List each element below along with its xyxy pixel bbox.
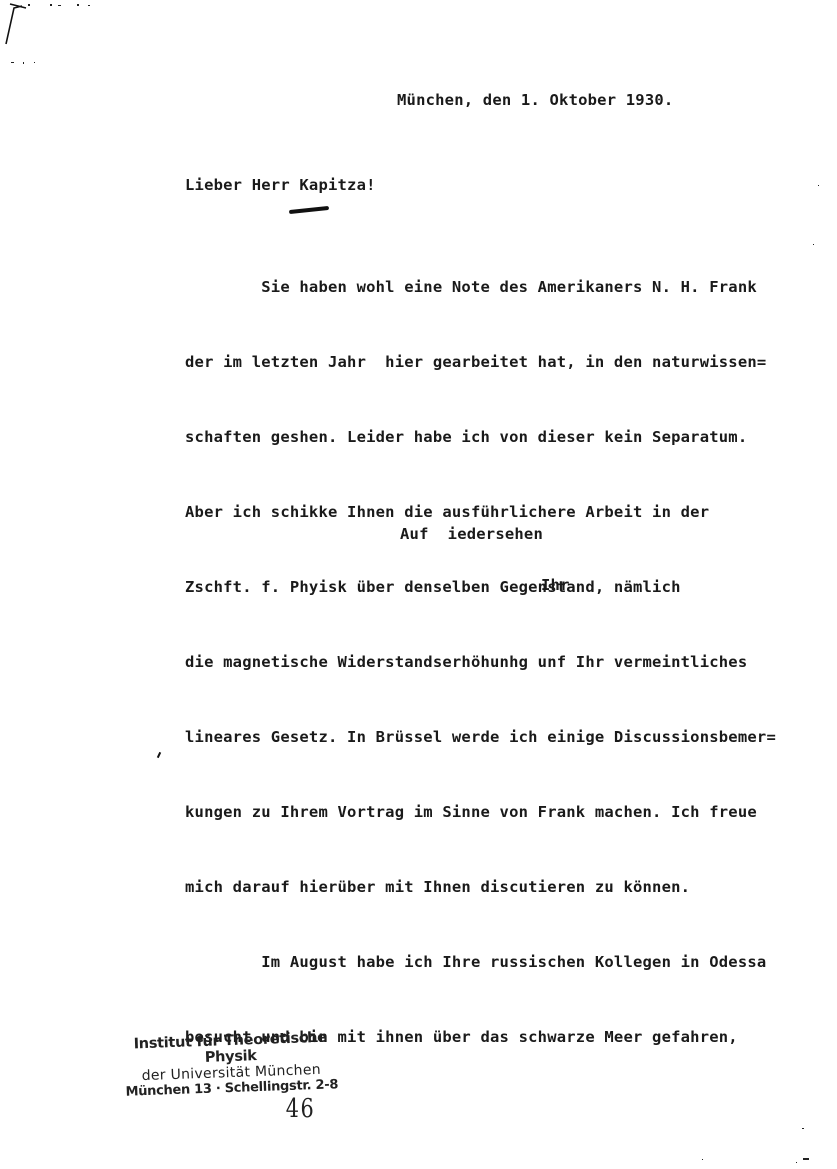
institute-stamp: Institut für Theoretische Physik der Uni… — [115, 1029, 347, 1100]
body-line: kungen zu Ihrem Vortrag im Sinne von Fra… — [185, 800, 776, 825]
body-line: lineares Gesetz. In Brüssel werde ich ei… — [185, 725, 776, 750]
body-line: Zschft. f. Phyisk über denselben Gegenst… — [185, 575, 776, 600]
body-line: der im letzten Jahr hier gearbeitet hat,… — [185, 350, 776, 375]
letter-signature: Ihr — [541, 573, 570, 598]
page-number: 46 — [286, 1094, 316, 1124]
letter-salutation: Lieber Herr Kapitza! — [185, 173, 376, 198]
body-line: schaften geshen. Leider habe ich von die… — [185, 425, 776, 450]
body-line: die magnetische Widerstandserhöhunhg unf… — [185, 650, 776, 675]
letter-closing: Auf iedersehen — [400, 522, 543, 547]
body-line: Sie haben wohl eine Note des Amerikaners… — [185, 275, 776, 300]
letter-date: München, den 1. Oktober 1930. — [397, 88, 673, 113]
letter-body: Sie haben wohl eine Note des Amerikaners… — [185, 225, 776, 1075]
body-line: Im August habe ich Ihre russischen Kolle… — [185, 950, 776, 975]
body-line: mich darauf hierüber mit Ihnen discutier… — [185, 875, 776, 900]
